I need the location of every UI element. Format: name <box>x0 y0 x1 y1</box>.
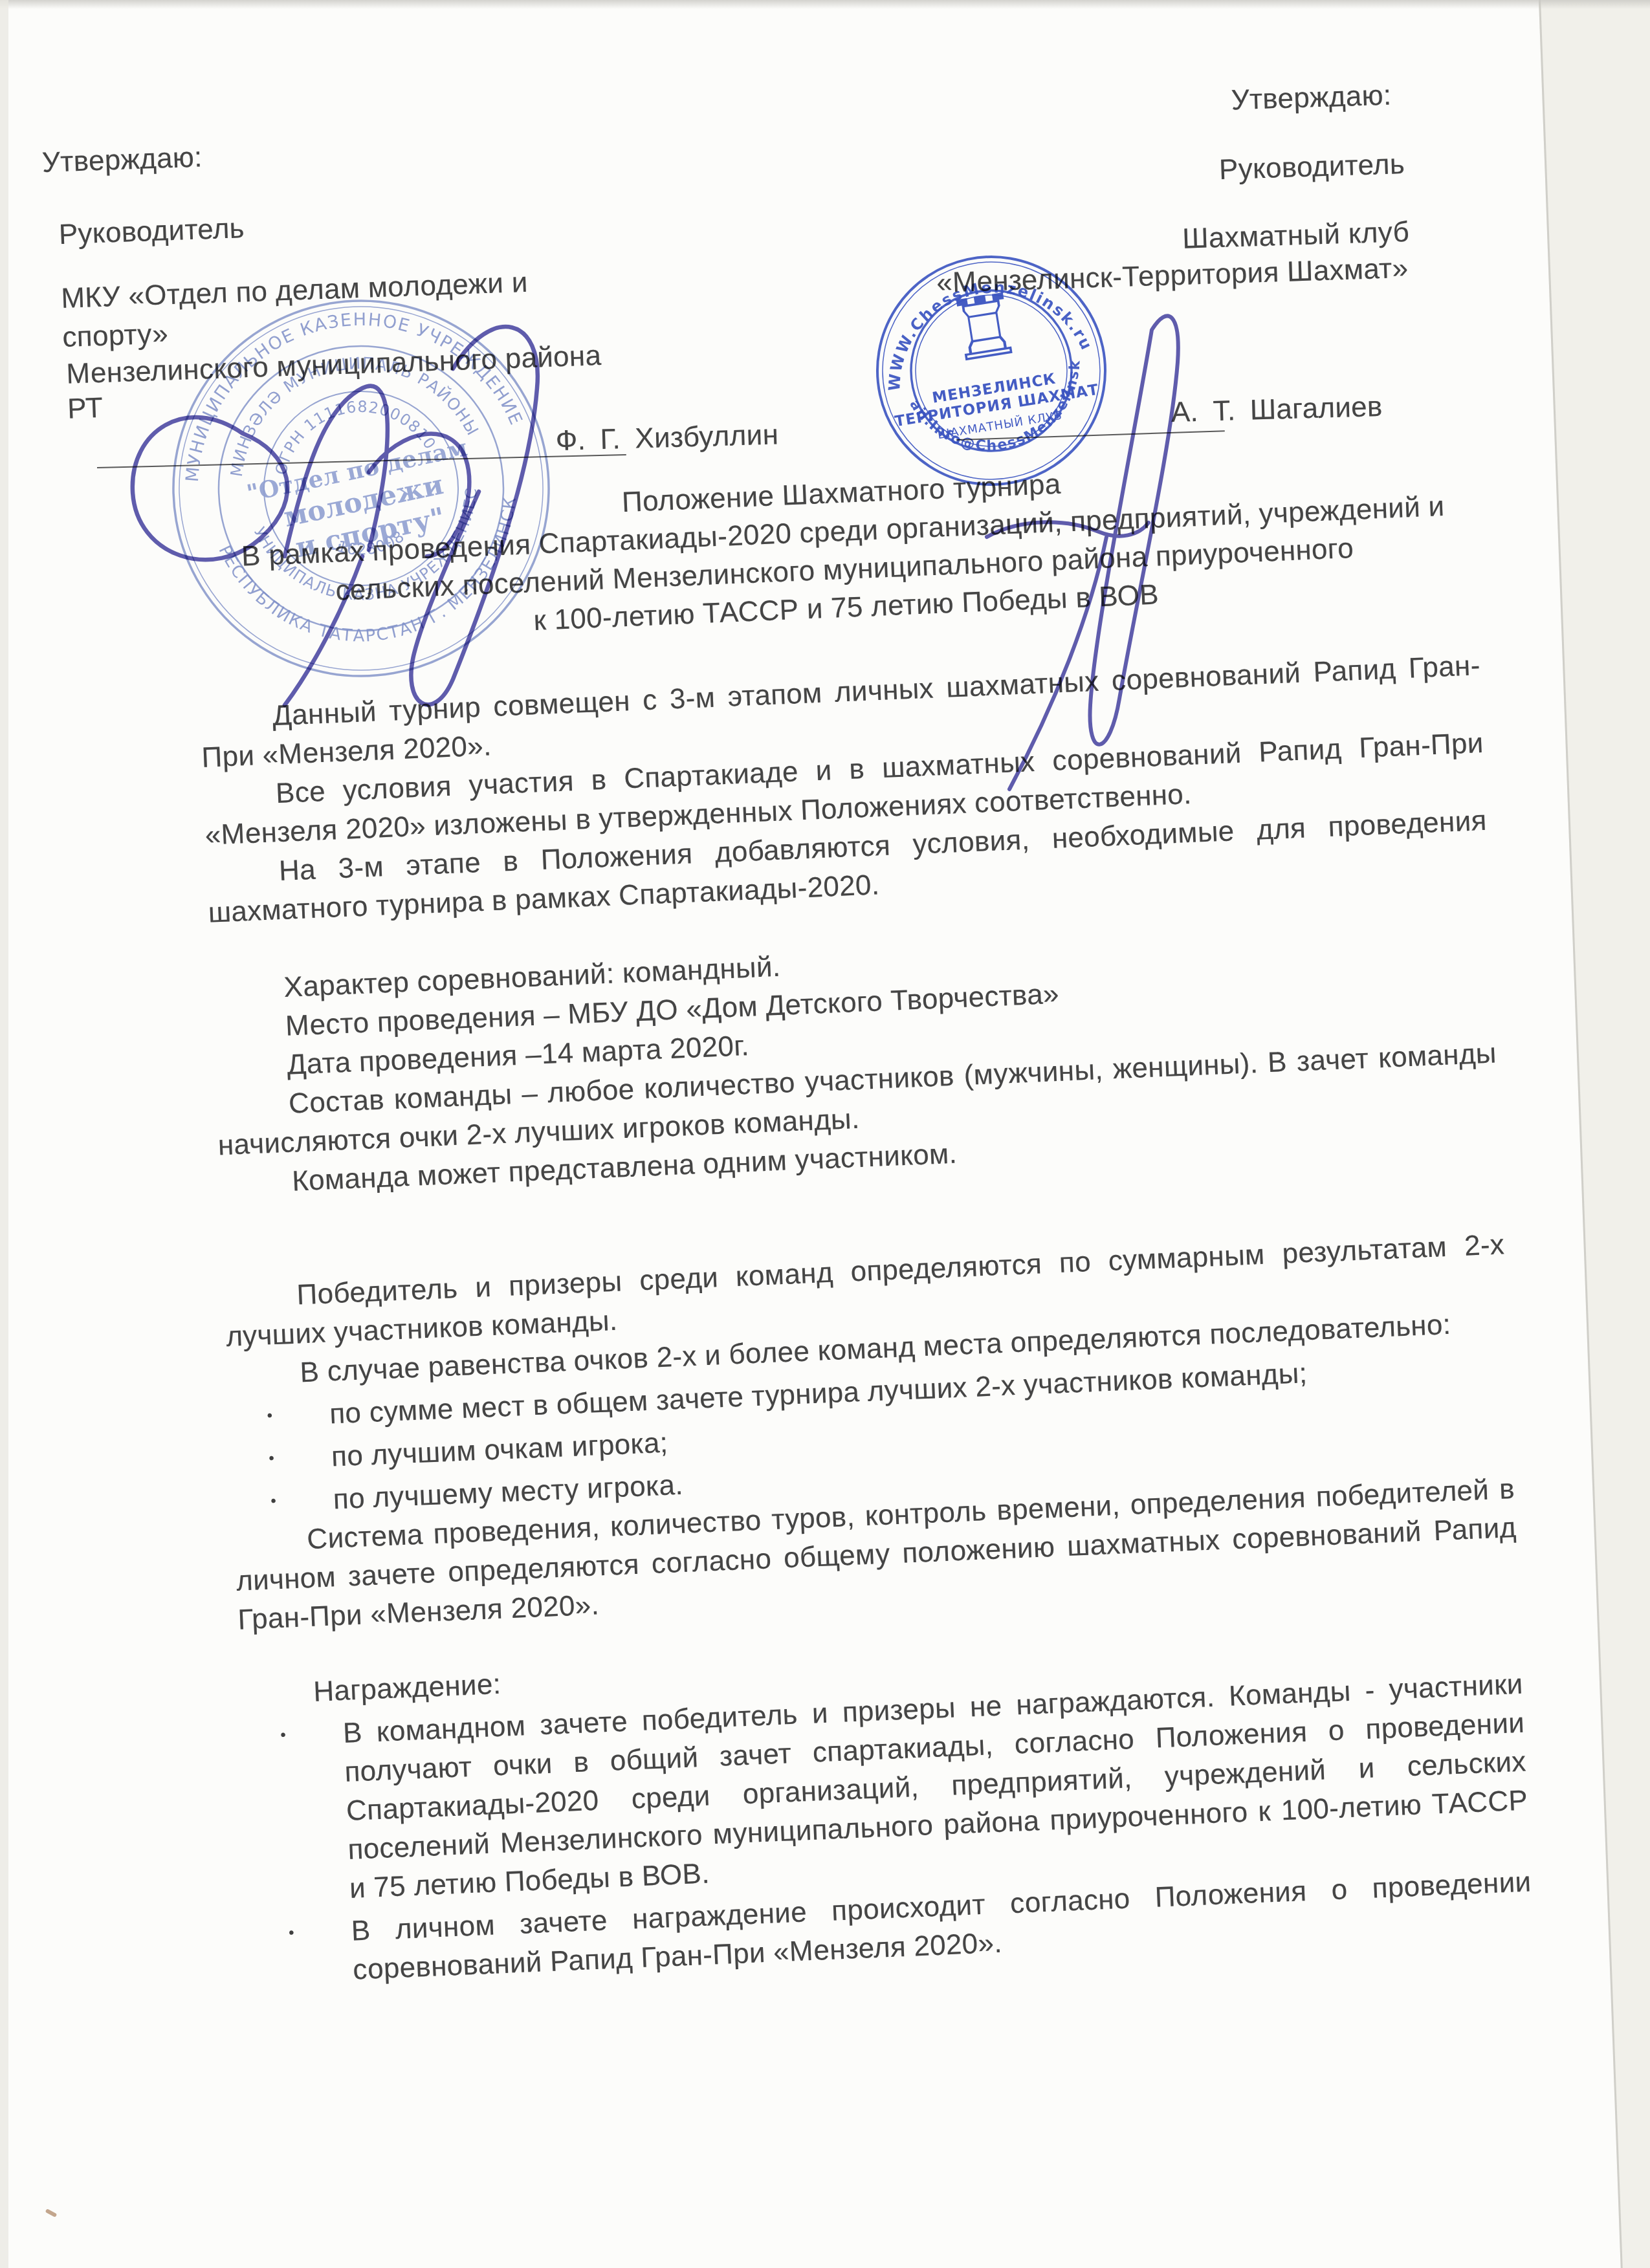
scan-top-edge-shadow <box>0 0 1650 9</box>
approval-block-right: Утверждаю: Руководитель Шахматный клуб «… <box>930 74 1468 91</box>
list-item-text: В командном зачете победитель и призеры … <box>342 1668 1528 1904</box>
signature-right-ink <box>925 278 1346 809</box>
scan-left-edge-shadow <box>0 0 8 2268</box>
awards-list: ● В командном зачете победитель и призер… <box>242 1665 1534 1994</box>
signature-left-ink <box>91 278 673 731</box>
approver-role-left: Руководитель <box>58 196 628 255</box>
list-item-text: по лучшим очкам игрока; <box>331 1427 668 1473</box>
approver-role-right: Руководитель <box>1218 145 1405 190</box>
approve-label-left: Утверждаю: <box>41 124 625 182</box>
bullet-icon: ● <box>267 1410 277 1421</box>
paper-speck <box>45 2208 58 2218</box>
bullet-icon: ● <box>269 1453 279 1463</box>
scanned-document-page: Утверждаю: Руководитель МКУ «Отдел по де… <box>0 0 1650 2268</box>
bullet-icon: ● <box>289 1927 299 1937</box>
document-body: Данный турнир совмещен с 3-м этапом личн… <box>199 646 1534 1994</box>
bullet-icon: ● <box>270 1496 281 1506</box>
approve-label-right: Утверждаю: <box>1231 76 1392 120</box>
bullet-icon: ● <box>280 1730 291 1740</box>
